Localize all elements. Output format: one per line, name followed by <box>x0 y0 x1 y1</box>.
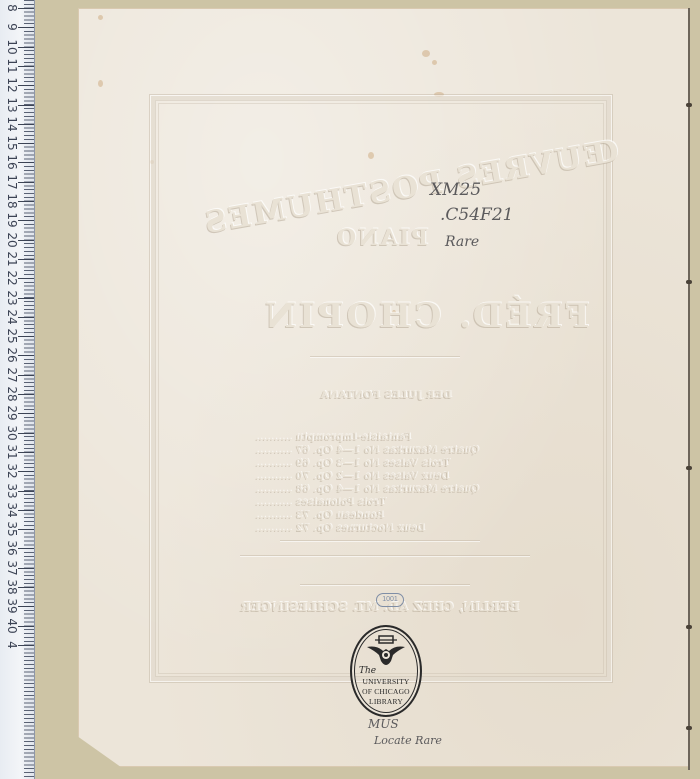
foxing-spot <box>432 60 437 65</box>
pencil-note-locate: Locate Rare <box>374 734 442 747</box>
stamp-the: The <box>359 666 376 676</box>
ruler-major-tick <box>18 626 34 627</box>
ruler-major-tick <box>18 220 34 221</box>
embossed-contents-item: Deux Valses No 1—2 Op. 70 .......... <box>255 471 450 482</box>
stitch-hole <box>686 103 692 107</box>
ruler-major-tick <box>18 433 34 434</box>
ruler-label: 32 <box>6 460 18 482</box>
ruler-major-tick <box>18 471 34 472</box>
ruler-major-tick <box>18 452 34 453</box>
stitch-hole <box>686 466 692 470</box>
ruler-major-tick <box>18 8 34 9</box>
stitch-hole <box>686 625 692 629</box>
ruler-label: 9 <box>6 16 18 38</box>
ruler-label: 4 <box>6 634 18 656</box>
embossed-contents-item: Deux Nocturnes Op. 72 .......... <box>255 523 425 534</box>
ruler-major-tick <box>18 548 34 549</box>
pencil-call-number-line2: .C54F21 <box>440 205 513 225</box>
stamp-line-of-chicago: OF CHICAGO <box>352 687 420 696</box>
ruler-label: 22 <box>6 267 18 289</box>
ruler-major-tick <box>18 317 34 318</box>
ruler-major-tick <box>18 645 34 646</box>
ruler-major-tick <box>18 298 34 299</box>
embossed-rule <box>310 356 460 357</box>
foxing-spot <box>98 15 103 20</box>
embossed-contents-item: Quatre Mazurkas No 1—4 Op. 68 .......... <box>255 484 479 495</box>
pencil-call-number-line1: XM25 <box>430 180 481 200</box>
ruler-major-tick <box>18 66 34 67</box>
ruler-major-tick <box>18 491 34 492</box>
ruler-major-tick <box>18 143 34 144</box>
ruler-major-tick <box>18 47 34 48</box>
ruler-major-tick <box>18 259 34 260</box>
ruler-label: 39 <box>6 595 18 617</box>
embossed-contents-item: Trois Polonaises .......... <box>255 497 386 508</box>
embossed-contents-item: Rondeau Op. 73 .......... <box>255 510 384 521</box>
stamp-line-university: UNIVERSITY <box>352 677 420 686</box>
ruler-major-tick <box>18 27 34 28</box>
foxing-spot <box>422 50 430 57</box>
pencil-call-number-line3: Rare <box>445 234 479 250</box>
ruler-major-tick <box>18 413 34 414</box>
ruler-label: 12 <box>6 74 18 96</box>
stitch-hole <box>686 280 692 284</box>
ruler-major-tick <box>18 278 34 279</box>
ruler-major-tick <box>18 240 34 241</box>
embossed-rule <box>240 555 530 556</box>
ruler-major-tick <box>18 162 34 163</box>
ruler-label: 19 <box>6 209 18 231</box>
ruler-major-tick <box>18 529 34 530</box>
ruler-major-tick <box>18 510 34 511</box>
binding-spine <box>688 8 690 770</box>
ruler-label: 29 <box>6 402 18 424</box>
ruler-major-tick <box>18 182 34 183</box>
ruler-major-tick <box>18 375 34 376</box>
embossed-subtitle: PIANO <box>335 225 428 251</box>
embossed-rule <box>300 584 470 585</box>
ruler-major-tick <box>18 587 34 588</box>
embossed-editor: DER JULES FONTANA <box>320 390 452 401</box>
ruler-major-tick <box>18 201 34 202</box>
ruler-major-tick <box>18 355 34 356</box>
ruler-major-tick <box>18 85 34 86</box>
stitch-hole <box>686 726 692 730</box>
plate-number-stamp: 1001 <box>376 593 404 607</box>
stamp-line-library: LIBRARY <box>352 697 420 706</box>
embossed-contents-item: Fantaisie-Impromptu .......... <box>255 432 411 443</box>
embossed-contents-item: Quatre Mazurkas No 1—4 Op. 67 .......... <box>255 445 479 456</box>
measuring-ruler: 8910111213141516171819202122232425262728… <box>0 0 35 779</box>
ruler-major-tick <box>18 124 34 125</box>
pencil-note-mus: MUS <box>368 717 399 731</box>
ruler-major-tick <box>18 606 34 607</box>
ruler-major-tick <box>18 394 34 395</box>
embossed-composer: FRÉD. CHOPIN <box>262 296 590 336</box>
ruler-major-tick <box>18 336 34 337</box>
ruler-major-tick <box>18 568 34 569</box>
ruler-major-tick <box>18 105 34 106</box>
ruler-ticks <box>24 0 34 779</box>
embossed-rule <box>280 540 480 541</box>
university-library-stamp: The UNIVERSITY OF CHICAGO LIBRARY <box>350 625 422 717</box>
foxing-spot <box>98 80 103 87</box>
embossed-contents-item: Trois Valses No 1—3 Op. 69 .......... <box>255 458 450 469</box>
